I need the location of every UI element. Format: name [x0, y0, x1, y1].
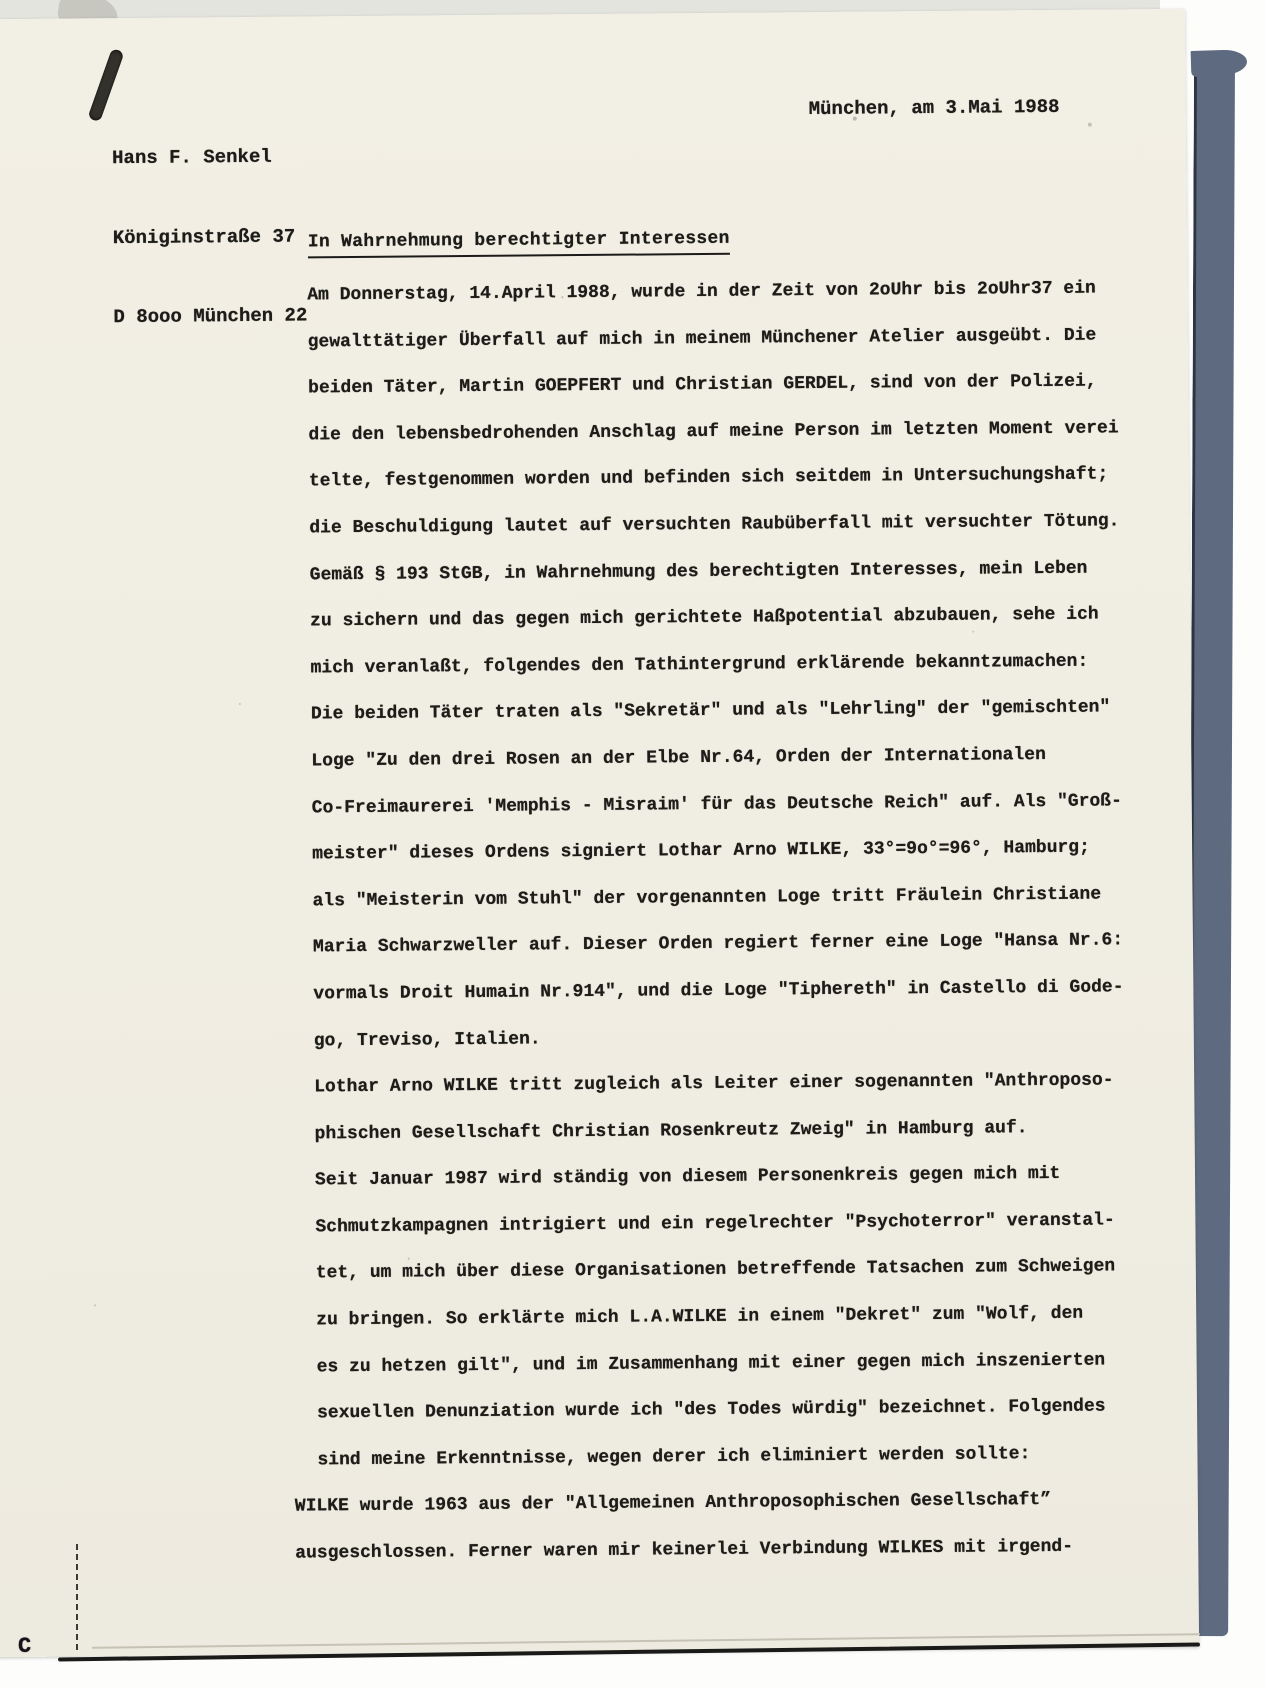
body-line: tet, um mich über diese Organisationen b… — [316, 1244, 1127, 1298]
body-line: Co-Freimaurerei 'Memphis - Misraim' für … — [312, 778, 1123, 832]
letter-subject: In Wahrnehmung berechtigter Interessen — [308, 229, 730, 259]
body-line: zu bringen. So erklärte mich L.A.WILKE i… — [316, 1290, 1127, 1344]
body-line: go, Treviso, Italien. — [314, 1011, 1125, 1065]
body-line: als "Meisterin vom Stuhl" der vorgenannt… — [312, 871, 1123, 925]
body-line: beiden Täter, Martin GOEPFERT und Christ… — [308, 359, 1119, 413]
body-line: phischen Gesellschaft Christian Rosenkre… — [314, 1104, 1125, 1158]
body-line: WILKE wurde 1963 aus der "Allgemeinen An… — [295, 1477, 1129, 1531]
body-line: zu sichern und das gegen mich gerichtete… — [310, 592, 1121, 646]
body-line: gewalttätiger Überfall auf mich in meine… — [308, 312, 1119, 366]
letter-page: Hans F. Senkel Königinstraße 37 D 8ooo M… — [0, 9, 1199, 1657]
body-line: Die beiden Täter traten als "Sekretär" u… — [311, 685, 1122, 739]
body-line: telte, festgenommen worden und befinden … — [309, 452, 1120, 506]
sender-street: Königinstraße 37 — [113, 223, 307, 251]
body-line: Schmutzkampagnen intrigiert und ein rege… — [315, 1197, 1126, 1251]
margin-mark: C — [18, 1634, 31, 1659]
body-line: Lothar Arno WILKE tritt zugleich als Lei… — [314, 1057, 1125, 1111]
body-line: sind meine Erkenntnisse, wegen derer ich… — [317, 1430, 1128, 1484]
body-line: Maria Schwarzweller auf. Dieser Orden re… — [313, 918, 1124, 972]
body-line: sexuellen Denunziation wurde ich "des To… — [317, 1384, 1128, 1438]
body-line: Gemäß § 193 StGB, in Wahrnehmung des ber… — [310, 545, 1121, 599]
body-line: es zu hetzen gilt", und im Zusammenhang … — [316, 1337, 1127, 1391]
body-line: die den lebensbedrohenden Anschlag auf m… — [308, 405, 1119, 459]
page-edge-dashes — [76, 1544, 78, 1650]
sender-city: D 8ooo München 22 — [113, 302, 307, 330]
body-line: Loge "Zu den drei Rosen an der Elbe Nr.6… — [311, 731, 1122, 785]
sender-name: Hans F. Senkel — [112, 143, 306, 171]
body-line: meister" dieses Ordens signiert Lothar A… — [312, 824, 1123, 878]
sender-address: Hans F. Senkel Königinstraße 37 D 8ooo M… — [112, 90, 308, 383]
body-line: vormals Droit Humain Nr.914", und die Lo… — [313, 964, 1124, 1018]
letter-body: Am Donnerstag, 14.April 1988, wurde in d… — [307, 265, 1128, 1577]
scan-background: Hans F. Senkel Königinstraße 37 D 8ooo M… — [0, 0, 1265, 1688]
body-line: die Beschuldigung lautet auf versuchten … — [309, 498, 1120, 552]
body-line: ausgeschlossen. Ferner waren mir keinerl… — [295, 1523, 1129, 1577]
body-line: mich veranlaßt, folgendes den Tathinterg… — [310, 638, 1121, 692]
body-line: Am Donnerstag, 14.April 1988, wurde in d… — [307, 265, 1118, 319]
dateline: München, am 3.Mai 1988 — [809, 96, 1060, 120]
body-line: Seit Januar 1987 wird ständig von diesem… — [315, 1151, 1126, 1205]
